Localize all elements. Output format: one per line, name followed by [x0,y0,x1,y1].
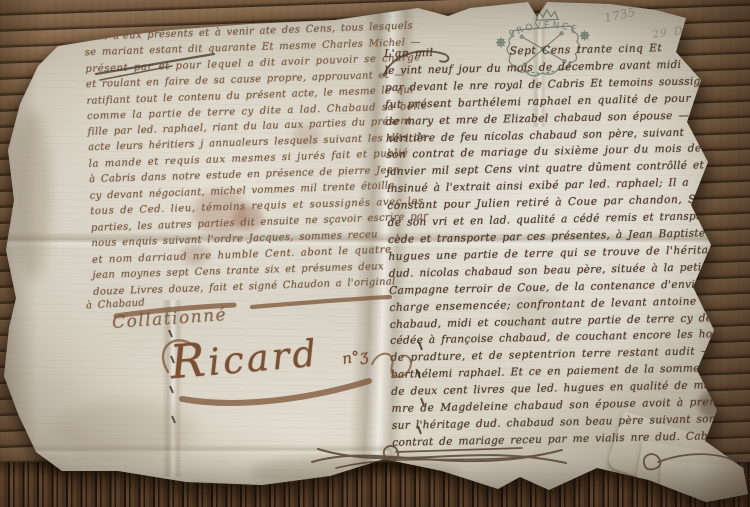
manuscript-paper: PROVENCE 1735 29 Decembre L'un d'eux pré… [0,0,750,507]
photo-scene: PROVENCE 1735 29 Decembre L'un d'eux pré… [0,0,750,507]
paper-edge-shading [0,0,750,507]
paper-shadow-wrap: PROVENCE 1735 29 Decembre L'un d'eux pré… [0,0,750,507]
